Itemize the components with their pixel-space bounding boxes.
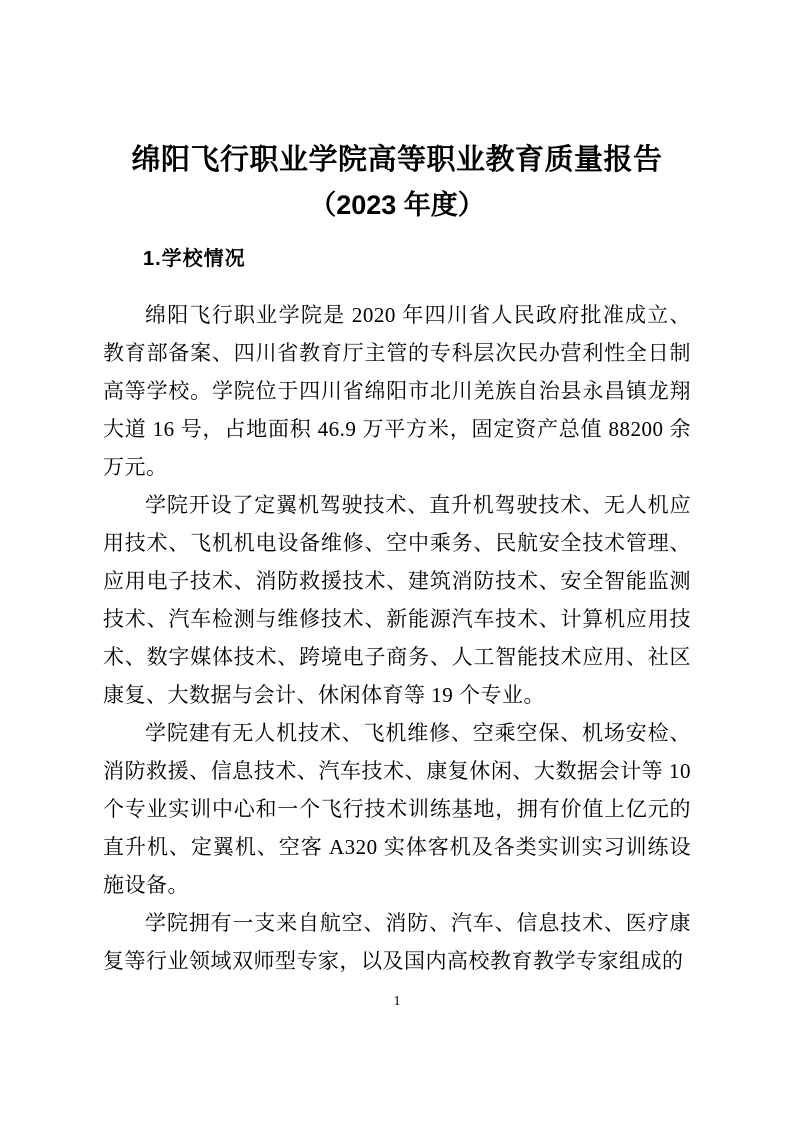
page-content: 绵阳飞行职业学院高等职业教育质量报告 （2023 年度） 1.学校情况 绵阳飞行… — [103, 0, 691, 980]
document-title-line2: （2023 年度） — [103, 182, 691, 228]
paragraph-4: 学院拥有一支来自航空、消防、汽车、信息技术、医疗康复等行业领域双师型专家，以及国… — [103, 904, 691, 980]
paragraph-2: 学院开设了定翼机驾驶技术、直升机驾驶技术、无人机应用技术、飞机机电设备维修、空中… — [103, 486, 691, 714]
document-page: 绵阳飞行职业学院高等职业教育质量报告 （2023 年度） 1.学校情况 绵阳飞行… — [0, 0, 794, 1122]
body-text: 绵阳飞行职业学院是 2020 年四川省人民政府批准成立、教育部备案、四川省教育厅… — [103, 296, 691, 980]
paragraph-3: 学院建有无人机技术、飞机维修、空乘空保、机场安检、消防救援、信息技术、汽车技术、… — [103, 714, 691, 904]
page-number: 1 — [0, 992, 794, 1012]
paragraph-1: 绵阳飞行职业学院是 2020 年四川省人民政府批准成立、教育部备案、四川省教育厅… — [103, 296, 691, 486]
section-heading: 1.学校情况 — [103, 244, 691, 274]
document-title: 绵阳飞行职业学院高等职业教育质量报告 （2023 年度） — [103, 138, 691, 228]
document-title-line1: 绵阳飞行职业学院高等职业教育质量报告 — [103, 138, 691, 182]
